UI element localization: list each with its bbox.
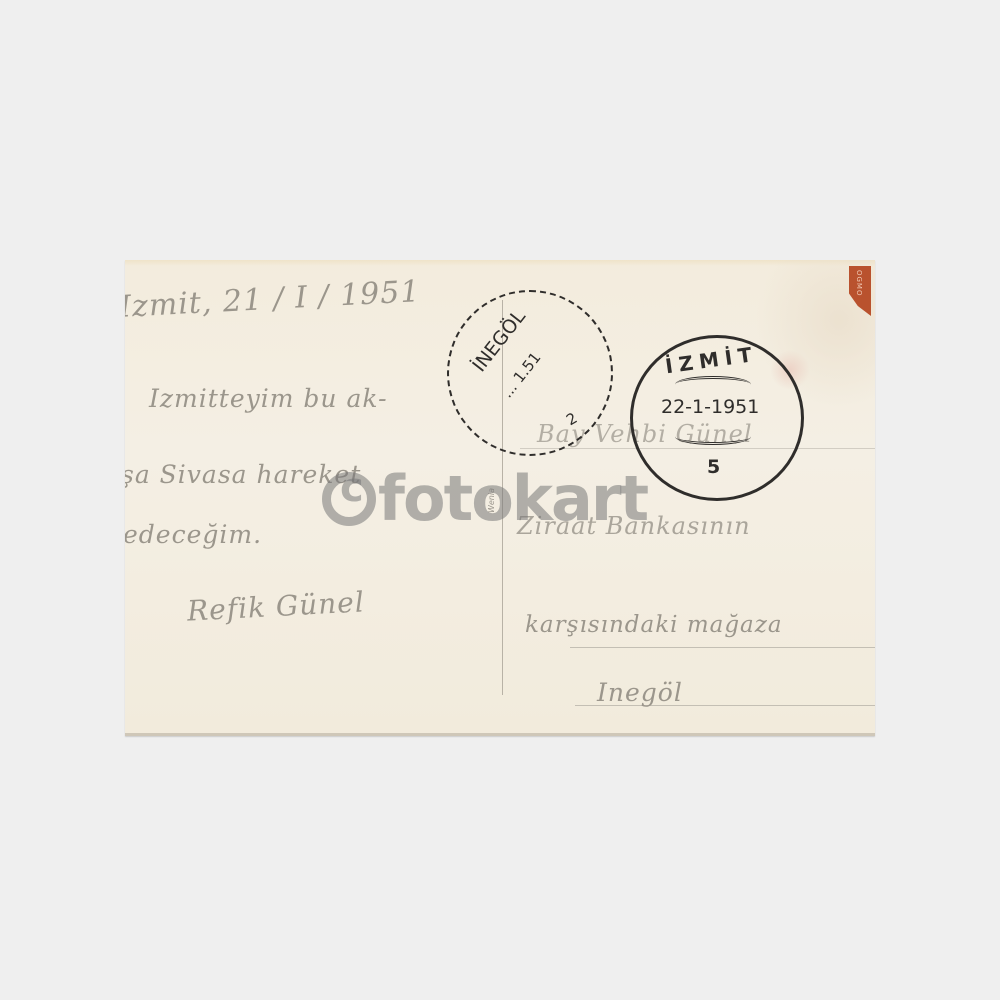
postmark-ornament-bottom [675,428,751,445]
stamp-text: OGMO [855,270,863,296]
address-line: karşısındaki mağaza [525,612,783,638]
message-line: Izmitteyim bu ak- [149,384,388,413]
copyright-icon [322,472,376,526]
postmark-date: ... 1.51 [498,349,544,401]
postmark-town: İZMİT [664,342,759,379]
inegol-postmark: İNEGÖL ... 1.51 2 [447,290,613,456]
message-line: edeceğim. [125,520,262,549]
izmit-postmark: İZMİT 22-1-1951 5 [630,335,804,501]
date-line: Izmit, 21 / I / 1951 [125,274,421,325]
postmark-number: 5 [707,456,720,478]
watermark: fotokart [322,462,647,535]
postmark-ornament-top [675,376,751,393]
address-underline [570,647,875,648]
address-line: Inegöl [597,678,683,707]
postmark-number: 2 [563,409,580,429]
signature: Refik Günel [186,585,365,627]
watermark-text: fotokart [378,462,647,535]
postmark-date: 22-1-1951 [661,396,759,418]
